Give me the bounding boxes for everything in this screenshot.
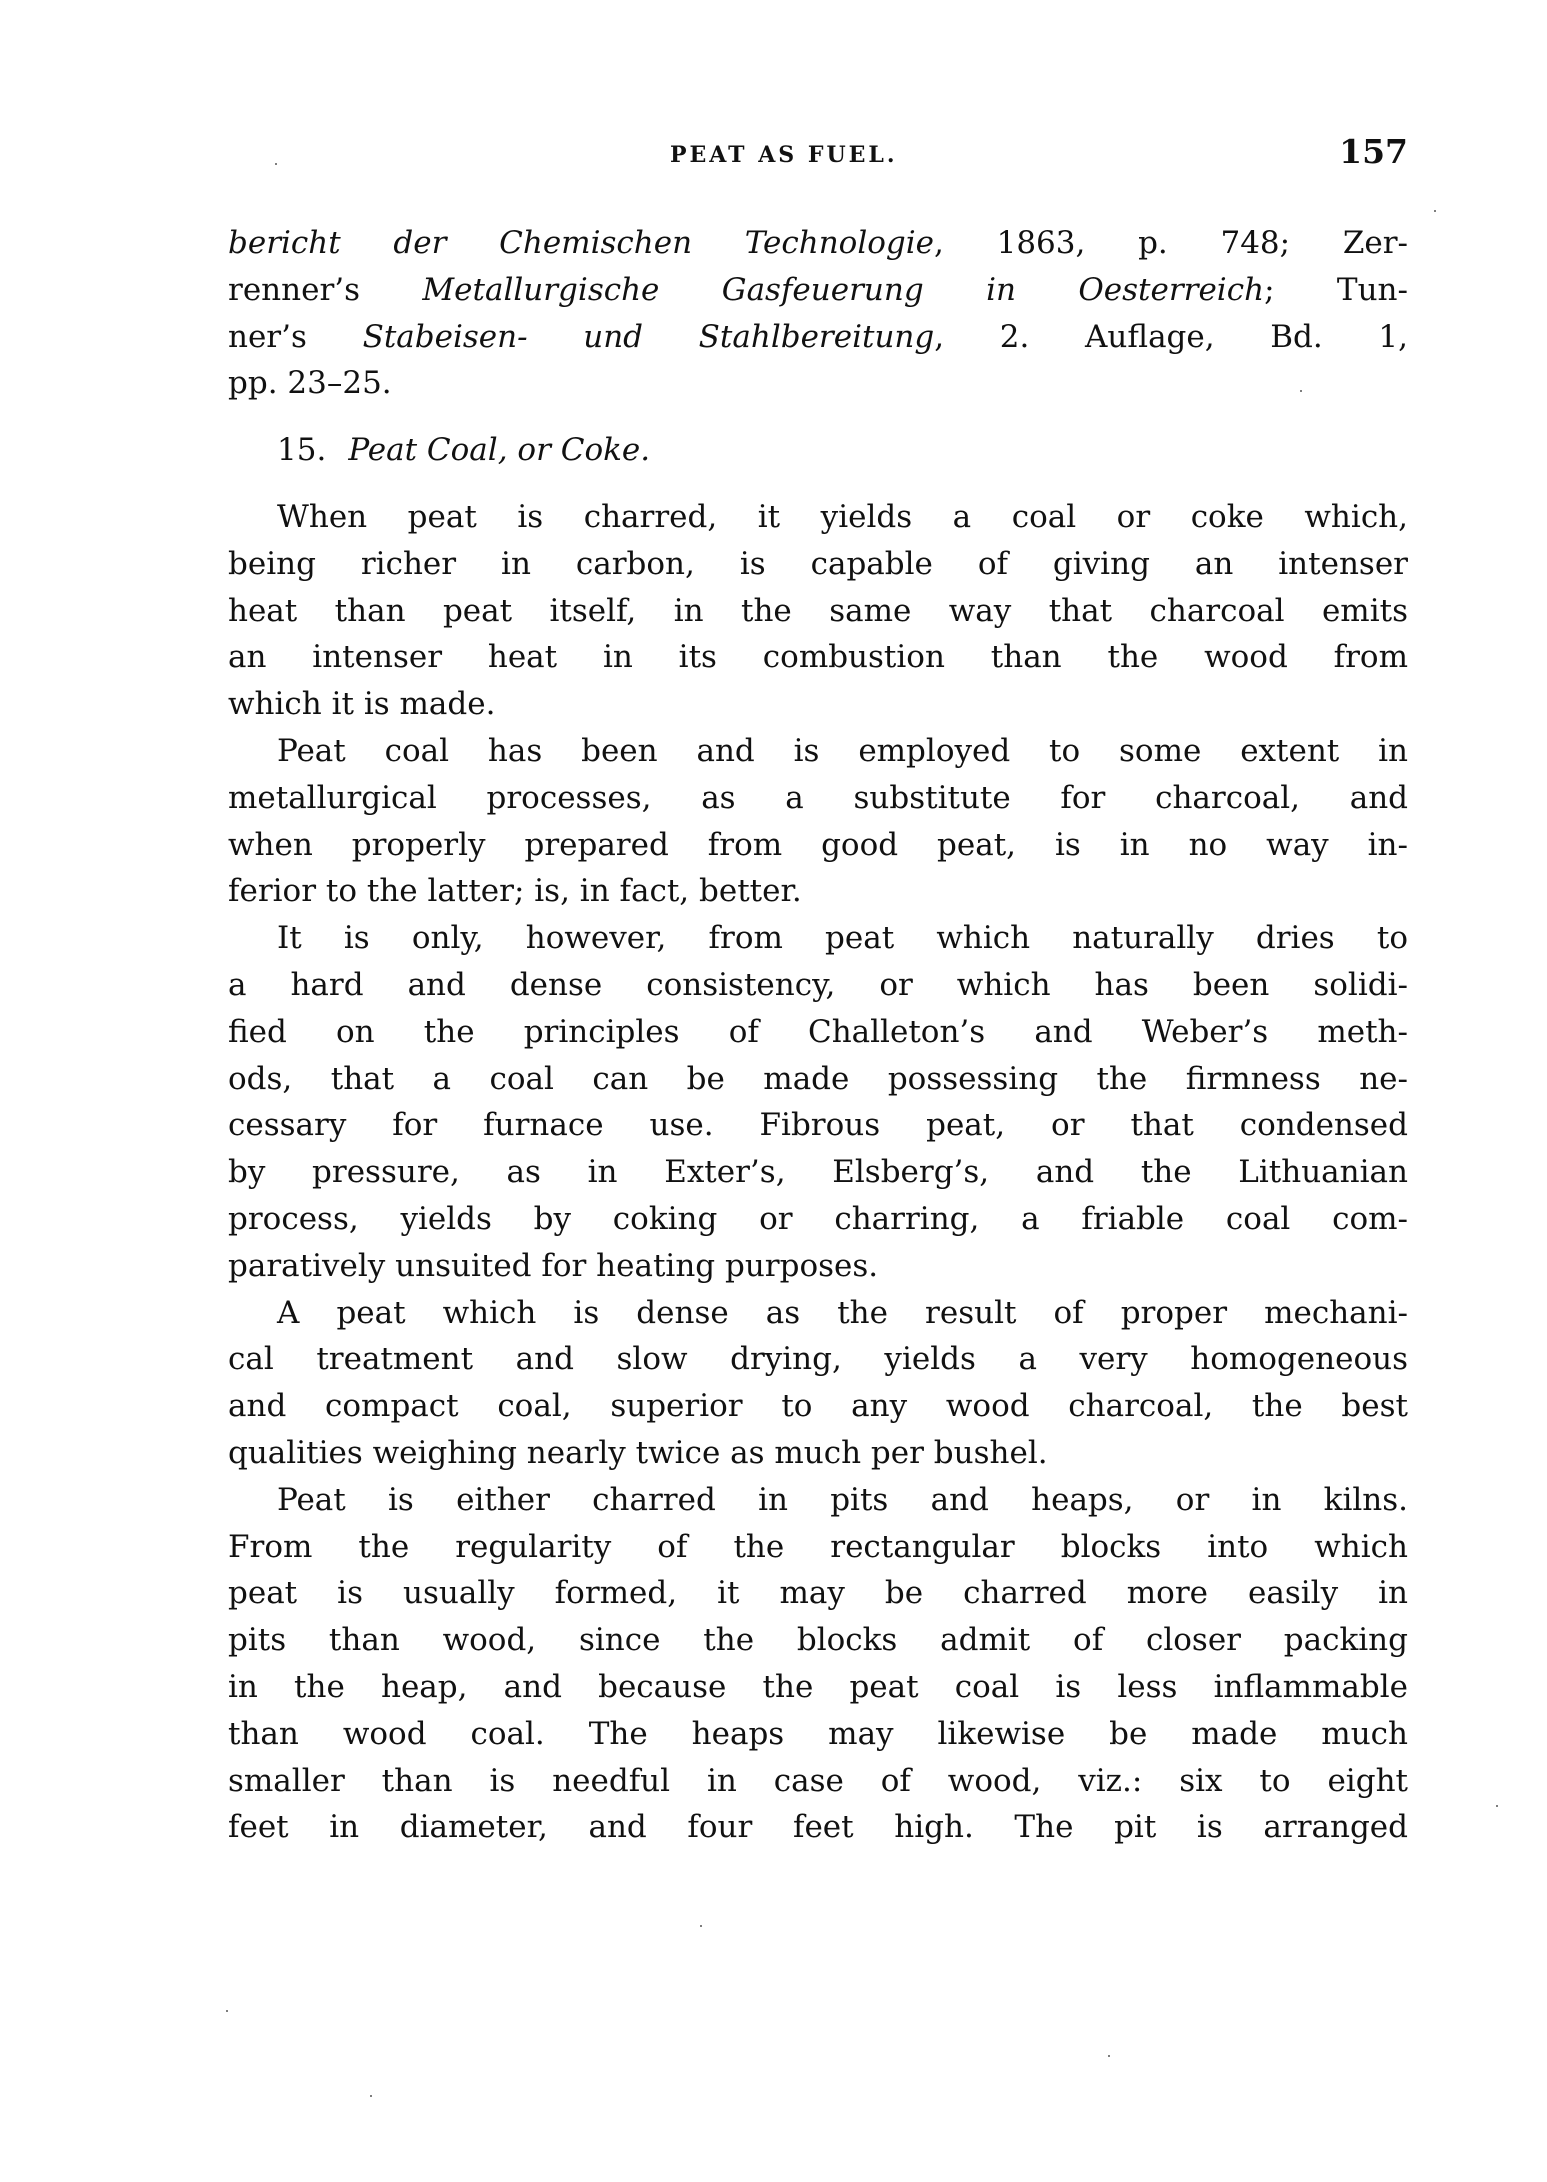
text-line: a hard and dense consistency, or which h… [228,962,1408,1009]
italic-title: Stabeisen- und Stahlbereitung [363,319,935,355]
text-line: cal treatment and slow drying, yields a … [228,1336,1408,1383]
text-line: which it is made. [228,681,1408,728]
scan-speck [1300,390,1302,392]
text-line: pits than wood, since the blocks admit o… [228,1617,1408,1664]
text-line: feet in diameter, and four feet high. Th… [228,1804,1408,1851]
paragraph-1: When peat is charred, it yields a coal o… [228,494,1408,728]
text-line: when properly prepared from good peat, i… [228,822,1408,869]
paragraph-3: It is only, however, from peat which nat… [228,915,1408,1289]
paragraph-5: Peat is either charred in pits and heaps… [228,1477,1408,1851]
continued-citation: bericht der Chemischen Technologie, 1863… [228,220,1408,407]
scan-speck [700,1925,702,1927]
scan-speck [226,2010,228,2012]
text-line: bericht der Chemischen Technologie, 1863… [228,220,1408,267]
text-line: A peat which is dense as the result of p… [228,1290,1408,1337]
running-head: PEAT AS FUEL. 157 [228,140,1408,176]
scan-speck [1108,2055,1110,2057]
text-segment: ; Tun- [1264,272,1408,308]
running-title: PEAT AS FUEL. [670,140,898,170]
book-page: PEAT AS FUEL. 157 bericht der Chemischen… [0,0,1547,2182]
scan-speck [370,2095,372,2097]
text-segment: , 2. Auflage, Bd. 1, [934,319,1408,355]
text-line: smaller than is needful in case of wood,… [228,1758,1408,1805]
text-segment: , 1863, p. 748; Zer- [934,225,1408,261]
text-line: qualities weighing nearly twice as much … [228,1430,1408,1477]
text-line: fied on the principles of Challeton’s an… [228,1009,1408,1056]
text-line: Peat coal has been and is employed to so… [228,728,1408,775]
text-line: than wood coal. The heaps may likewise b… [228,1711,1408,1758]
section-title: Peat Coal, or Coke. [348,432,650,468]
text-line: ods, that a coal can be made possessing … [228,1056,1408,1103]
text-segment: ner’s [228,319,363,355]
text-line: It is only, however, from peat which nat… [228,915,1408,962]
text-line: in the heap, and because the peat coal i… [228,1664,1408,1711]
text-line: cessary for furnace use. Fibrous peat, o… [228,1102,1408,1149]
text-line: and compact coal, superior to any wood c… [228,1383,1408,1430]
paragraph-4: A peat which is dense as the result of p… [228,1290,1408,1477]
text-line: an intenser heat in its combustion than … [228,634,1408,681]
text-line: ner’s Stabeisen- und Stahlbereitung, 2. … [228,314,1408,361]
text-line: process, yields by coking or charring, a… [228,1196,1408,1243]
text-line: From the regularity of the rectangular b… [228,1524,1408,1571]
scan-speck [1496,1805,1498,1807]
section-number: 15. [277,432,326,468]
page-number: 157 [1339,134,1408,170]
text-segment: renner’s [228,272,422,308]
paragraph-2: Peat coal has been and is employed to so… [228,728,1408,915]
text-line: peat is usually formed, it may be charre… [228,1570,1408,1617]
scan-speck [275,163,277,165]
body-text: bericht der Chemischen Technologie, 1863… [228,220,1408,1851]
text-line: by pressure, as in Exter’s, Elsberg’s, a… [228,1149,1408,1196]
text-line: Peat is either charred in pits and heaps… [228,1477,1408,1524]
text-line: When peat is charred, it yields a coal o… [228,494,1408,541]
text-line: ferior to the latter; is, in fact, bette… [228,868,1408,915]
text-line: being richer in carbon, is capable of gi… [228,541,1408,588]
section-heading: 15.Peat Coal, or Coke. [228,427,1408,474]
text-line: metallurgical processes, as a substitute… [228,775,1408,822]
text-segment: pp. 23–25. [228,365,392,401]
text-line: renner’s Metallurgische Gasfeuerung in O… [228,267,1408,314]
text-line: paratively unsuited for heating purposes… [228,1243,1408,1290]
italic-title: Metallurgische Gasfeuerung in Oesterreic… [422,272,1264,308]
text-line: pp. 23–25. [228,360,1408,407]
scan-speck [1434,210,1436,212]
italic-title: bericht der Chemischen Technologie [228,225,934,261]
text-line: heat than peat itself, in the same way t… [228,588,1408,635]
